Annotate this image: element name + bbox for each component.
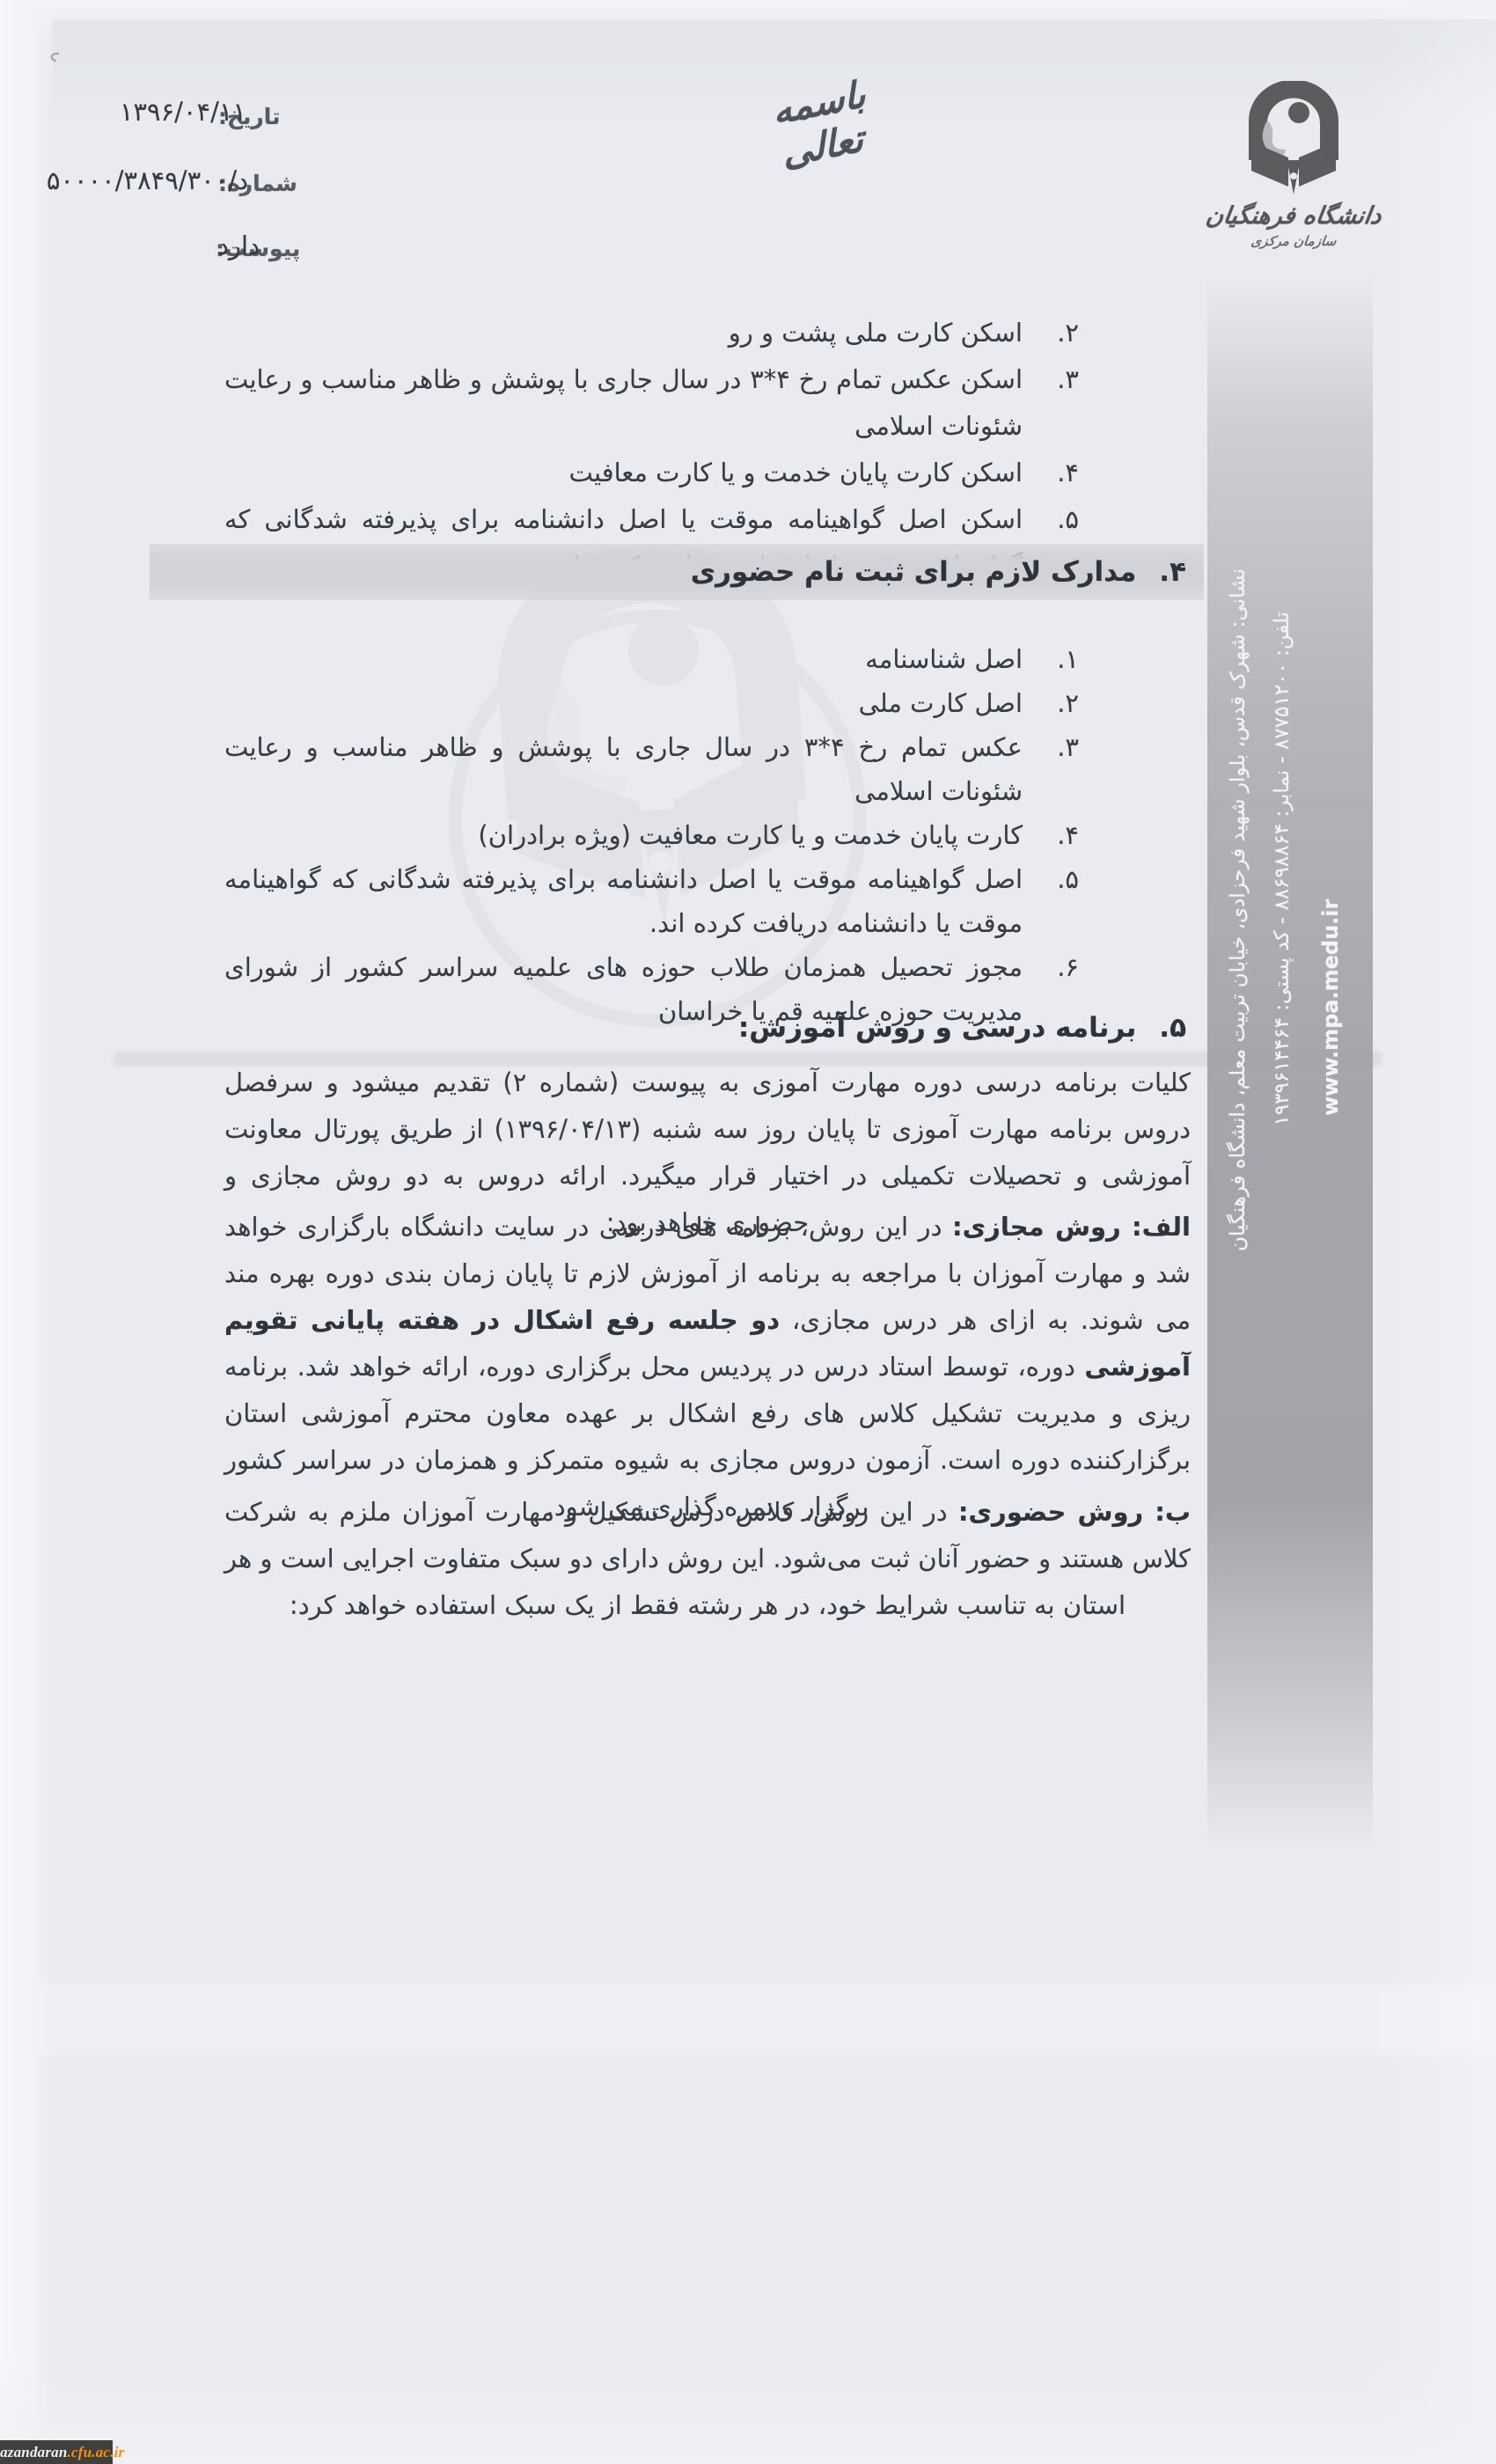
section5-heading: ۵.برنامه درسی و روش آموزش: [738, 1012, 1186, 1044]
bold-text-segment: ب: روش حضوری: [958, 1497, 1191, 1527]
list-item-number: ۵. [1057, 496, 1079, 543]
inperson-documents-list: ۱.اصل شناسنامه۲.اصل کارت ملی۳.عکس تمام ر… [224, 637, 1091, 1033]
section5-number: ۵. [1159, 1012, 1186, 1044]
list-item-number: ۱. [1057, 637, 1079, 681]
address-text: نشانی: شهرک قدس، بلوار شهید فرحزادی، خیا… [1227, 568, 1250, 1589]
website-text: www.mpa.medu.ir [1318, 927, 1343, 1116]
list-item: ۲.اصل کارت ملی [224, 681, 1091, 725]
letter-number-value: د/۵۰۰۰۰/۳۸۴۹/۳۰۰ [19, 165, 248, 195]
organization-text: سازمان مرکزی [1203, 233, 1385, 249]
list-item: ۵.اصل گواهینامه موقت یا اصل دانشنامه برا… [224, 857, 1091, 945]
scan-artifact-band [0, 1984, 1496, 2055]
watermark-domain-text: .cfu.ac.ir [68, 2444, 125, 2461]
date-value: ۱۳۹۶/۰۴/۱۱ [18, 97, 246, 127]
list-item-number: ۶. [1057, 945, 1079, 989]
phone-fax-postal-text: تلفن: ۸۷۷۵۱۲۰۰ - نمابر: ۸۸۶۹۸۸۶۴ - کد پس… [1271, 612, 1294, 1584]
list-item-number: ۵. [1057, 857, 1079, 901]
scan-edge-right [1371, 0, 1496, 2464]
list-item: ۴.کارت پایان خدمت و یا کارت معافیت (ویژه… [224, 813, 1091, 857]
list-item: ۴.اسکن کارت پایان خدمت و یا کارت معافیت [224, 450, 1091, 496]
scan-edge-left [0, 0, 55, 2464]
list-item-number: ۲. [1057, 310, 1079, 356]
list-item-text: اصل شناسنامه [865, 644, 1023, 674]
list-item-number: ۴. [1057, 450, 1079, 496]
list-item-text: اسکن عکس تمام رخ ۴*۳ در سال جاری با پوشش… [224, 364, 1023, 441]
university-name-text: دانشگاه فرهنگیان [1202, 202, 1385, 230]
page-curl-mark [46, 51, 65, 70]
list-item: ۳.اسکن عکس تمام رخ ۴*۳ در سال جاری با پو… [224, 356, 1091, 450]
list-item-text: اسکن کارت پایان خدمت و یا کارت معافیت [568, 458, 1023, 488]
list-item-text: کارت پایان خدمت و یا کارت معافیت (ویژه ب… [478, 820, 1023, 850]
list-item-text: اصل گواهینامه موقت یا اصل دانشنامه برای … [224, 864, 1023, 938]
bold-text-segment: الف: روش مجازی: [952, 1212, 1191, 1242]
list-item: ۳.عکس تمام رخ ۴*۳ در سال جاری با پوشش و … [224, 725, 1091, 813]
virtual-method-paragraph: الف: روش مجازی: در این روش، برنامه های د… [224, 1204, 1191, 1530]
watermark-site-text: mazandaran [0, 2444, 68, 2461]
attachment-value: دارد [31, 231, 260, 260]
section5-title: برنامه درسی و روش آموزش: [738, 1012, 1136, 1044]
list-item-text: اسکن کارت ملی پشت و رو [729, 318, 1023, 348]
section4-heading: ۴.مدارک لازم برای ثبت نام حضوری [691, 556, 1186, 588]
list-item-text: اصل کارت ملی [859, 688, 1023, 718]
scan-edge-bottom [0, 2358, 1496, 2464]
university-logo-icon [1228, 81, 1360, 197]
list-item: ۲.اسکن کارت ملی پشت و رو [224, 310, 1091, 356]
inperson-method-paragraph: ب: روش حضوری: در این روش، کلاس درس تشکیل… [224, 1489, 1191, 1629]
scanned-letter-page: نشانی: شهرک قدس، بلوار شهید فرحزادی، خیا… [0, 0, 1496, 2464]
source-watermark-badge: mazandaran.cfu.ac.ir [0, 2440, 113, 2464]
list-item-number: ۴. [1057, 813, 1079, 857]
list-item-number: ۳. [1057, 356, 1079, 403]
list-item: ۱.اصل شناسنامه [224, 637, 1091, 681]
list-item-text: عکس تمام رخ ۴*۳ در سال جاری با پوشش و ظا… [224, 732, 1023, 806]
section4-number: ۴. [1159, 556, 1186, 588]
university-logo: دانشگاه فرهنگیان سازمان مرکزی [1204, 81, 1383, 249]
list-item-number: ۳. [1057, 725, 1079, 769]
list-item-number: ۲. [1057, 681, 1079, 725]
section4-title: مدارک لازم برای ثبت نام حضوری [691, 556, 1137, 588]
